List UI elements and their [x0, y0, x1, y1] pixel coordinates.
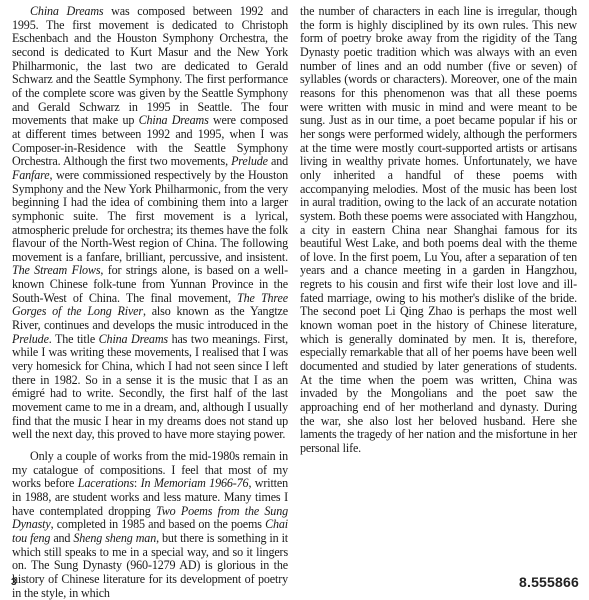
italic-title-text: Lacerations [78, 476, 134, 490]
italic-title-text: Fanfare [12, 168, 49, 182]
body-text: and [268, 154, 288, 168]
paragraph-china-dreams: China Dreams was composed between 1992 a… [12, 5, 288, 442]
paragraph-mid-1980s-works: Only a couple of works from the mid-1980… [12, 450, 288, 600]
body-text: , were commissioned respectively by the … [12, 168, 288, 264]
italic-title-text: Prelude [12, 332, 49, 346]
paragraph-sung-dynasty-poetry: the number of characters in each line is… [300, 5, 577, 456]
catalogue-number: 8.555866 [519, 574, 579, 590]
body-text: . The title [49, 332, 99, 346]
body-text: : [134, 476, 141, 490]
italic-title-text: China Dreams [139, 113, 209, 127]
body-text: and [50, 531, 73, 545]
italic-title-text: In Memoriam 1966-76 [141, 476, 249, 490]
body-text: , completed in 1985 and based on the poe… [51, 517, 265, 531]
left-text-column: China Dreams was composed between 1992 a… [12, 5, 288, 600]
body-text: was composed between 1992 and 1995. The … [12, 4, 288, 127]
body-text: has two meanings. First, while I was wri… [12, 332, 288, 442]
italic-title-text: Prelude [231, 154, 268, 168]
right-text-column: the number of characters in each line is… [300, 5, 577, 456]
italic-title-text: China Dreams [99, 332, 168, 346]
body-text: the number of characters in each line is… [300, 4, 577, 455]
italic-title-text: Sheng sheng man [73, 531, 156, 545]
italic-title-text: China Dreams [30, 4, 103, 18]
italic-title-text: The Stream Flows [12, 263, 100, 277]
page-number: 3 [11, 577, 17, 588]
